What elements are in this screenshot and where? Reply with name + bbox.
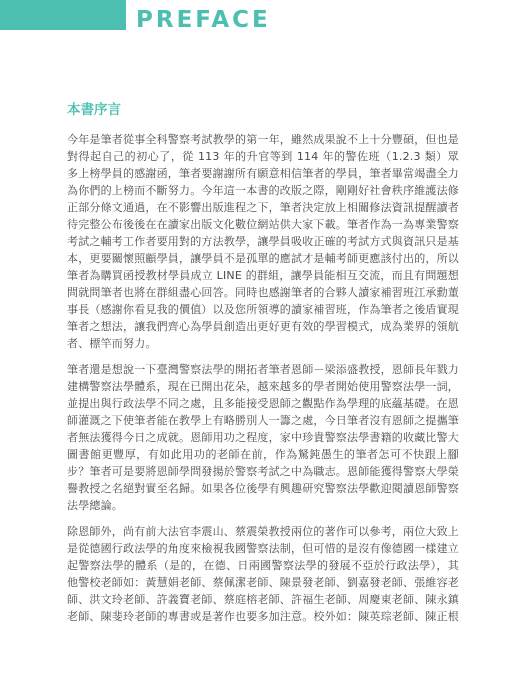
preface-page: PREFACE 本書序言 今年是筆者從事全科警察考試教學的第一年，雖然成果說不上… <box>0 0 522 700</box>
page-content: 本書序言 今年是筆者從事全科警察考試教學的第一年，雖然成果說不上十分豐碩，但也是… <box>67 98 459 634</box>
preface-paragraph: 筆者還是想說一下臺灣警察法學的開拓者筆者恩師－梁添盛教授，恩師長年戮力建構警察法… <box>67 361 459 514</box>
preface-paragraph: 除恩師外，尚有前大法官李震山、蔡震榮教授兩位的著作可以參考，兩位大致上是從德國行… <box>67 523 459 625</box>
page-title: PREFACE <box>136 7 271 33</box>
section-heading: 本書序言 <box>67 98 459 118</box>
preface-paragraph: 今年是筆者從事全科警察考試教學的第一年，雖然成果說不上十分豐碩，但也是對得起自己… <box>67 131 459 352</box>
accent-block <box>0 0 126 30</box>
